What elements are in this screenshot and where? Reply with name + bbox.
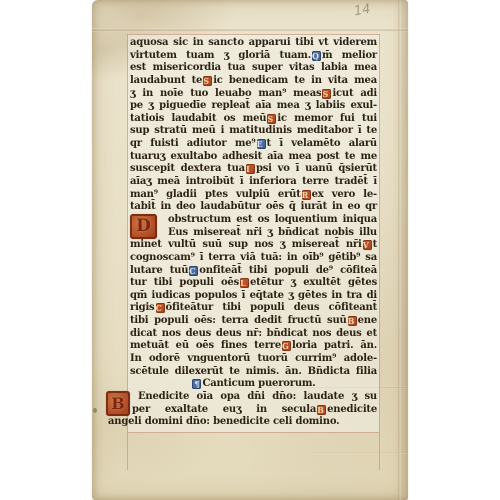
manuscript-leaf: 14 aquosa sic in sancto apparui tibi vt … bbox=[92, 0, 408, 500]
red-illuminated-initial: C bbox=[156, 303, 165, 313]
text-run: onfiteāt̄ tibi populi de⁹ cōfiteā bbox=[199, 265, 377, 276]
ruling-line-right bbox=[379, 34, 380, 470]
red-illuminated-initial: S bbox=[203, 76, 212, 86]
text-run: metuāt eū oēs fines terre bbox=[130, 340, 281, 351]
large-illuminated-initial-D: D bbox=[130, 214, 157, 239]
text-run: tabit̄ in deo laudabūtur oēs q̄ iurāt in… bbox=[130, 201, 377, 212]
text-line-18: cognoscam⁹ ī terra viā tuā: in oīb⁹ gēti… bbox=[130, 252, 377, 265]
text-run: ʒ in noīe tuo leuabo man⁹ meas bbox=[130, 88, 321, 99]
text-run: rigis bbox=[130, 302, 155, 313]
text-line-26: In odorē vnguentorū tuorū currim⁹ adole- bbox=[130, 353, 377, 366]
text-run: Eus misereat̄ nr̄i ʒ bn̄dicat nobis illu bbox=[168, 227, 377, 238]
text-line-29: Enedicite oīa opa dn̄i dn̄o: laudate ʒ s… bbox=[130, 391, 377, 404]
text-line-6: pe ʒ piguedīe repleat̄ aīa mea ʒ labiis … bbox=[130, 100, 377, 113]
pencil-folio-number: 14 bbox=[353, 2, 372, 20]
text-run: tatiois laudabit os meū bbox=[130, 113, 266, 124]
blue-illuminated-initial: ¶ bbox=[192, 379, 201, 389]
text-run: per exaltate euʒ in secula bbox=[132, 404, 316, 415]
manuscript-photo: { "meta": { "folio_number": "14" }, "col… bbox=[0, 0, 500, 500]
text-run: tur tibi populi oēs bbox=[130, 277, 239, 288]
text-run: loria patri. ān. bbox=[292, 340, 377, 351]
red-illuminated-initial: G bbox=[282, 341, 291, 351]
text-line-28: ¶Canticum puerorum. bbox=[130, 378, 377, 391]
text-line-17: minet vultū suū sup nos ʒ misereat̄ nr̄i… bbox=[130, 239, 377, 252]
text-run: ic memor fui tui bbox=[277, 113, 377, 124]
red-illuminated-initial: B bbox=[348, 316, 357, 326]
text-lines: aquosa sic in sancto apparui tibi vt vid… bbox=[130, 37, 377, 429]
text-line-13: man⁹ gladii ptes vulpiū erūtRex vero le- bbox=[130, 189, 377, 202]
text-run: qm̄ iudicas populos ī eq̄tate ʒ gētes in… bbox=[130, 290, 377, 301]
text-run: m̄ melior bbox=[322, 50, 377, 61]
text-run: ōfiteātur tibi populi deus cōfiteant̄ bbox=[166, 302, 378, 313]
large-illuminated-initial-B: B bbox=[106, 391, 130, 416]
text-run: icut adi bbox=[332, 88, 377, 99]
red-illuminated-initial: S bbox=[267, 114, 276, 124]
blue-illuminated-initial: C bbox=[189, 266, 198, 276]
text-line-7: tatiois laudabit os meūSic memor fui tui bbox=[130, 113, 377, 126]
red-illuminated-initial: S bbox=[322, 89, 331, 99]
text-run: est misericordia tua super vitas labia m… bbox=[130, 62, 377, 73]
text-run: psi vo ī uanū q̄sierūt bbox=[256, 163, 377, 174]
text-line-20: tur tibi populi oēsLetētur ʒ exultēt gēt… bbox=[130, 277, 377, 290]
text-line-21: qm̄ iudicas populos ī eq̄tate ʒ gētes in… bbox=[130, 290, 377, 303]
text-line-9: qr fuisti adiutor me⁹Et ī velamēto alarū bbox=[130, 138, 377, 151]
text-run: tibi populi oēs: terra dedit fructū suū bbox=[130, 315, 347, 326]
text-line-15: obstructum est os loquentium iniqua bbox=[130, 214, 377, 227]
text-run: dicat nos deus deus nr̄: bn̄dicat nos de… bbox=[130, 328, 377, 339]
text-run: suscepit dextera tua bbox=[130, 163, 245, 174]
text-run: obstructum est os loquentium iniqua bbox=[168, 214, 377, 225]
text-line-27: scētule dilexerūt te nimis. ān. Bn̄dicta… bbox=[130, 366, 377, 379]
text-run: In odorē vnguentorū tuorū currim⁹ adole- bbox=[130, 353, 377, 364]
text-line-3: est misericordia tua super vitas labia m… bbox=[130, 62, 377, 75]
text-run: enedicite bbox=[327, 404, 377, 415]
text-run: ic benedicam te in vita mea bbox=[213, 75, 377, 86]
red-illuminated-initial: V bbox=[363, 240, 372, 250]
text-line-14: tabit̄ in deo laudabūtur oēs q̄ iurāt in… bbox=[130, 201, 377, 214]
vertical-crease bbox=[398, 0, 401, 500]
text-line-12: aīaʒ meā introibūt ī inferiora terre tra… bbox=[130, 176, 377, 189]
red-illuminated-initial: L bbox=[240, 278, 249, 288]
text-run: etētur ʒ exultēt gētes bbox=[250, 277, 377, 288]
red-illuminated-initial: R bbox=[302, 190, 311, 200]
text-line-25: metuāt eū oēs fines terreGloria patri. ā… bbox=[130, 340, 377, 353]
text-line-24: dicat nos deus deus nr̄: bn̄dicat nos de… bbox=[130, 328, 377, 341]
text-line-23: tibi populi oēs: terra dedit fructū suūB… bbox=[130, 315, 377, 328]
text-run: cognoscam⁹ ī terra viā tuā: in oīb⁹ gēti… bbox=[130, 252, 377, 263]
text-run: angeli domini dn̄o: benedicite celi domi… bbox=[108, 416, 339, 427]
text-block: aquosa sic in sancto apparui tibi vt vid… bbox=[128, 34, 379, 433]
text-line-16: Eus misereat̄ nr̄i ʒ bn̄dicat nobis illu bbox=[130, 227, 377, 240]
text-line-5: ʒ in noīe tuo leuabo man⁹ measSicut adi bbox=[130, 88, 377, 101]
text-run: sup stratū meū i matitudinis meditabor ī… bbox=[130, 125, 377, 136]
text-run: minet vultū suū sup nos ʒ misereat̄ nr̄i bbox=[130, 239, 362, 250]
text-run: pe ʒ piguedīe repleat̄ aīa mea ʒ labiis … bbox=[130, 100, 377, 111]
text-line-22: rigisCōfiteātur tibi populi deus cōfitea… bbox=[130, 302, 377, 315]
text-run: Enedicite oīa opa dn̄i dn̄o: laudate ʒ s… bbox=[138, 391, 377, 402]
horizontal-crease bbox=[313, 452, 408, 454]
text-line-10: tuaruʒ exultabo adhesit aīa mea post te … bbox=[130, 151, 377, 164]
text-line-11: suscepit dextera tuaIpsi vo ī uanū q̄sie… bbox=[130, 163, 377, 176]
text-run: laudabunt te bbox=[130, 75, 202, 86]
text-run: virtutem tuam ʒ gloriā tuam. bbox=[130, 50, 311, 61]
text-run: aīaʒ meā introibūt ī inferiora terre tra… bbox=[130, 176, 377, 187]
text-run: ex vero le- bbox=[312, 189, 377, 200]
red-illuminated-initial: I bbox=[246, 164, 255, 174]
text-line-19: lutare tuūConfiteāt̄ tibi populi de⁹ cōf… bbox=[130, 265, 377, 278]
text-run: t ī velamēto alarū bbox=[267, 138, 377, 149]
text-run: scētule dilexerūt te nimis. ān. Bn̄dicta… bbox=[130, 366, 377, 377]
horizontal-crease bbox=[92, 28, 408, 32]
blue-illuminated-initial: E bbox=[257, 139, 266, 149]
text-run: tuaruʒ exultabo adhesit aīa mea post te … bbox=[130, 151, 377, 162]
blue-illuminated-initial: Q bbox=[312, 51, 321, 61]
text-line-2: virtutem tuam ʒ gloriā tuam.Qm̄ melior bbox=[130, 50, 377, 63]
text-line-31: angeli domini dn̄o: benedicite celi domi… bbox=[108, 416, 377, 429]
text-run: Canticum puerorum. bbox=[202, 378, 315, 389]
red-illuminated-initial: B bbox=[317, 405, 326, 415]
text-run: aquosa sic in sancto apparui tibi vt vid… bbox=[130, 37, 377, 48]
text-run: man⁹ gladii ptes vulpiū erūt bbox=[130, 189, 301, 200]
margin-mark bbox=[93, 408, 97, 413]
text-run: t bbox=[373, 239, 377, 250]
text-line-4: laudabunt teSic benedicam te in vita mea bbox=[130, 75, 377, 88]
text-line-1: aquosa sic in sancto apparui tibi vt vid… bbox=[130, 37, 377, 50]
text-line-8: sup stratū meū i matitudinis meditabor ī… bbox=[130, 125, 377, 138]
text-run: qr fuisti adiutor me⁹ bbox=[130, 138, 256, 149]
text-run: lutare tuū bbox=[130, 265, 188, 276]
text-run: ene bbox=[358, 315, 377, 326]
text-line-30: per exaltate euʒ in seculaBenedicite bbox=[130, 404, 377, 417]
